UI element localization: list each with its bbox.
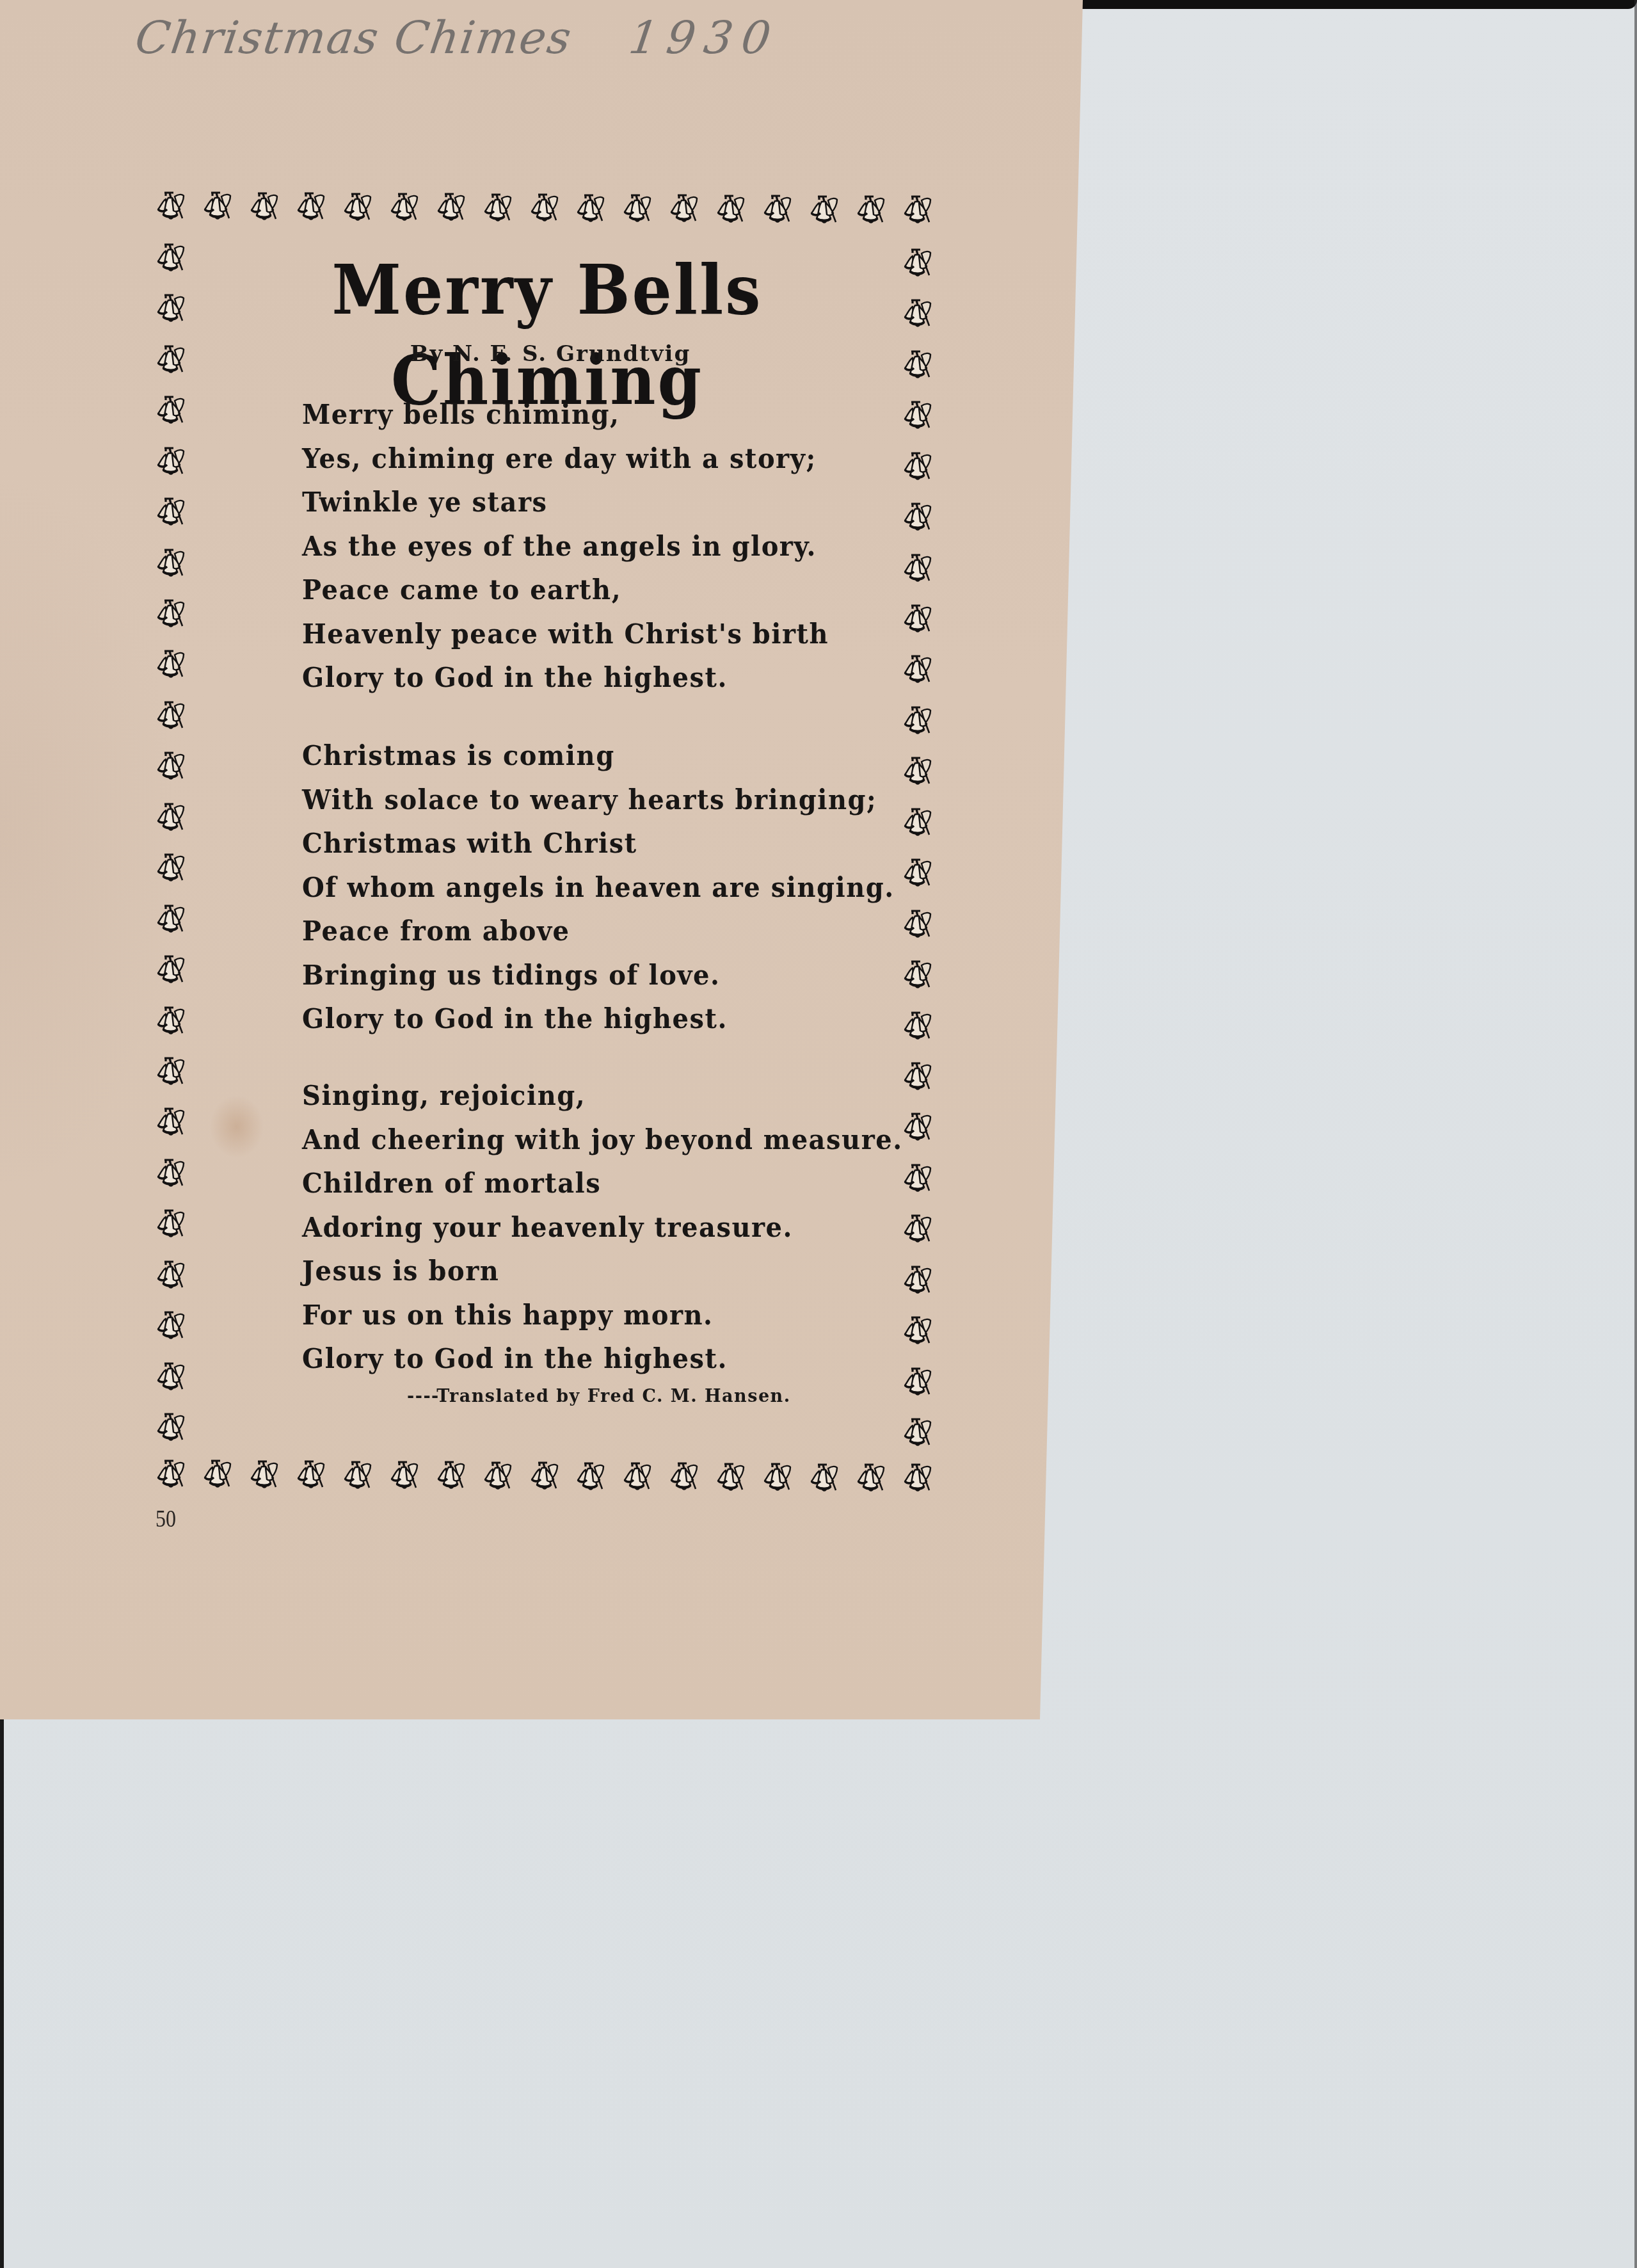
scanner-lid-edge xyxy=(1075,0,1637,9)
verse-line: Heavenly peace with Christ's birth xyxy=(302,615,829,653)
bells-icon xyxy=(856,194,886,226)
verse-line: And cheering with joy beyond measure. xyxy=(302,1121,903,1159)
bells-icon xyxy=(856,1462,886,1494)
verse-line: For us on this happy morn. xyxy=(302,1296,714,1334)
verse-line: Peace came to earth, xyxy=(302,572,621,609)
bells-icon xyxy=(202,190,233,222)
bells-icon xyxy=(902,399,933,431)
bells-icon xyxy=(902,247,933,279)
verse-line: Glory to God in the highest. xyxy=(302,659,728,697)
bells-icon xyxy=(902,1162,933,1194)
bells-icon xyxy=(156,750,186,782)
bells-icon xyxy=(902,857,933,889)
bells-icon xyxy=(436,191,467,223)
scanner-right-edge xyxy=(1634,0,1637,2268)
bells-icon xyxy=(156,1259,186,1291)
bells-icon xyxy=(715,1461,746,1493)
bells-icon xyxy=(156,648,186,680)
bells-icon xyxy=(156,1310,186,1342)
verse-line: Of whom angels in heaven are singing. xyxy=(302,869,895,906)
bells-icon xyxy=(902,755,933,787)
verse-line: Christmas is coming xyxy=(302,737,615,775)
bells-icon xyxy=(575,193,606,225)
bells-icon xyxy=(156,1458,186,1490)
bells-icon xyxy=(156,1361,186,1393)
bells-icon xyxy=(622,193,653,225)
verse-line: As the eyes of the angels in glory. xyxy=(302,527,817,565)
bells-icon xyxy=(342,191,373,223)
verse-line: With solace to weary hearts bringing; xyxy=(302,781,877,819)
bells-icon xyxy=(902,1264,933,1296)
bells-icon xyxy=(809,1462,840,1494)
bells-icon xyxy=(762,193,793,225)
verse-line: Singing, rejoicing, xyxy=(302,1077,586,1115)
bells-icon xyxy=(902,1315,933,1347)
handwritten-note: Christmas Chimes1930 xyxy=(132,9,742,67)
bells-icon xyxy=(715,193,746,225)
bells-icon xyxy=(156,1005,186,1037)
bells-icon xyxy=(902,1213,933,1245)
verse-line: Merry bells chiming, xyxy=(302,396,619,434)
bells-icon xyxy=(436,1460,467,1492)
bells-icon xyxy=(342,1460,373,1492)
bells-icon xyxy=(249,191,280,223)
bells-icon xyxy=(762,1461,793,1493)
bells-icon xyxy=(902,1111,933,1143)
bells-icon xyxy=(156,852,186,884)
bells-icon xyxy=(902,1010,933,1042)
bells-icon xyxy=(156,496,186,528)
bells-icon xyxy=(156,1208,186,1240)
bells-icon xyxy=(156,903,186,935)
verse-line: Glory to God in the highest. xyxy=(302,1001,728,1038)
bells-icon xyxy=(156,954,186,986)
scanner-left-edge xyxy=(0,1719,4,2268)
bells-icon xyxy=(156,394,186,426)
bells-icon xyxy=(902,654,933,686)
bells-icon xyxy=(483,1460,513,1492)
bells-icon xyxy=(156,446,186,478)
bells-icon xyxy=(902,908,933,940)
bells-icon xyxy=(202,1458,233,1490)
verse-line: Yes, chiming ere day with a story; xyxy=(302,440,817,478)
verse-line: Twinkle ye stars xyxy=(302,484,548,522)
bells-icon xyxy=(156,242,186,274)
bells-icon xyxy=(622,1461,653,1493)
bells-icon xyxy=(902,298,933,330)
verse-line: Peace from above xyxy=(302,913,570,951)
translator-credit: ----Translated by Fred C. M. Hansen. xyxy=(407,1383,791,1411)
verse-line: Jesus is born xyxy=(302,1253,499,1291)
bells-icon xyxy=(156,700,186,732)
bells-icon xyxy=(902,194,933,226)
bells-icon xyxy=(156,598,186,630)
bells-icon xyxy=(902,705,933,737)
bells-icon xyxy=(483,192,513,224)
bells-icon xyxy=(902,1366,933,1398)
bells-icon xyxy=(669,193,699,225)
bells-icon xyxy=(156,801,186,833)
verse-line: Bringing us tidings of love. xyxy=(302,956,720,994)
bells-icon xyxy=(156,293,186,325)
bells-icon xyxy=(156,1106,186,1138)
page-number: 50 xyxy=(156,1503,176,1534)
bells-icon xyxy=(249,1459,280,1491)
bells-icon xyxy=(529,192,560,224)
bells-icon xyxy=(156,344,186,376)
bells-icon xyxy=(156,190,186,222)
bells-icon xyxy=(902,552,933,584)
scanned-page: Christmas Chimes1930 xyxy=(0,0,1083,1719)
bells-icon xyxy=(902,1061,933,1093)
bells-icon xyxy=(575,1461,606,1493)
bells-icon xyxy=(529,1460,560,1492)
handwritten-note-year: 1930 xyxy=(626,12,783,64)
bells-icon xyxy=(902,603,933,635)
poem-author: By N. F. S. Grundtvig xyxy=(384,338,717,370)
bells-icon xyxy=(296,191,326,223)
bells-icon xyxy=(156,547,186,579)
bells-icon xyxy=(296,1459,326,1491)
bells-icon xyxy=(902,959,933,991)
bells-icon xyxy=(389,1460,420,1492)
bells-icon xyxy=(156,1056,186,1088)
verse-line: Glory to God in the highest. xyxy=(302,1340,728,1378)
bells-icon xyxy=(902,807,933,839)
bells-icon xyxy=(902,1462,933,1494)
bells-icon xyxy=(902,501,933,533)
bells-icon xyxy=(902,451,933,483)
handwritten-note-text: Christmas Chimes xyxy=(132,12,575,64)
bells-icon xyxy=(156,1157,186,1189)
bells-icon xyxy=(389,191,420,223)
bells-icon xyxy=(156,1411,186,1444)
bells-icon xyxy=(902,349,933,381)
bells-icon xyxy=(902,1417,933,1449)
verse-line: Christmas with Christ xyxy=(302,825,637,863)
bells-icon xyxy=(809,194,840,226)
bells-icon xyxy=(669,1461,699,1493)
verse-line: Adoring your heavenly treasure. xyxy=(302,1209,793,1246)
verse-line: Children of mortals xyxy=(302,1165,601,1203)
